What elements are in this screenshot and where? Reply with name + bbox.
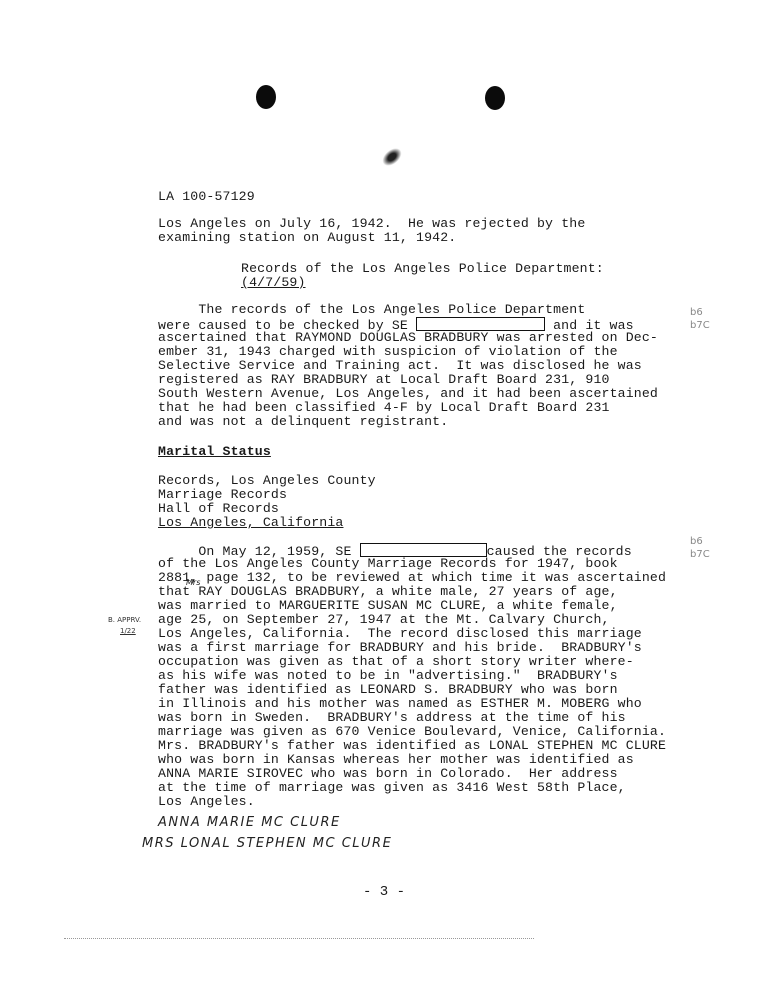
- lapd-date: (4/7/59): [241, 276, 306, 290]
- handwritten-note-2: MRS LONAL STEPHEN MC CLURE: [142, 836, 392, 851]
- exemption-code-b6: b6: [690, 306, 703, 319]
- file-number: LA 100-57129: [158, 190, 255, 204]
- lapd-line-9: and was not a delinquent registrant.: [158, 415, 448, 429]
- records-source-location: Los Angeles, California: [158, 516, 343, 530]
- side-stamp-line-1: B. APPRV.: [108, 615, 141, 625]
- document-page: LA 100-57129 Los Angeles on July 16, 194…: [0, 0, 768, 994]
- exemption-code-b7c: b7C: [690, 548, 710, 561]
- scan-artifact-line: [64, 938, 534, 941]
- ink-smudge: [379, 145, 405, 170]
- exemption-code-b6: b6: [690, 535, 703, 548]
- side-stamp-line-2: 1/22: [120, 626, 136, 636]
- page-number: - 3 -: [0, 884, 768, 900]
- punch-hole-right: [485, 86, 505, 110]
- marriage-line-19: Los Angeles.: [158, 795, 255, 809]
- intro-line-2: examining station on August 11, 1942.: [158, 231, 456, 245]
- lapd-line-1: The records of the Los Angeles Police De…: [158, 303, 585, 317]
- redaction-box: [360, 543, 487, 557]
- handwritten-insert: Mrs: [186, 578, 200, 587]
- punch-hole-left: [256, 85, 276, 109]
- handwritten-note-1: ANNA MARIE MC CLURE: [158, 815, 341, 830]
- marital-status-heading: Marital Status: [158, 445, 271, 459]
- exemption-code-b7c: b7C: [690, 319, 710, 332]
- redaction-box: [416, 317, 545, 331]
